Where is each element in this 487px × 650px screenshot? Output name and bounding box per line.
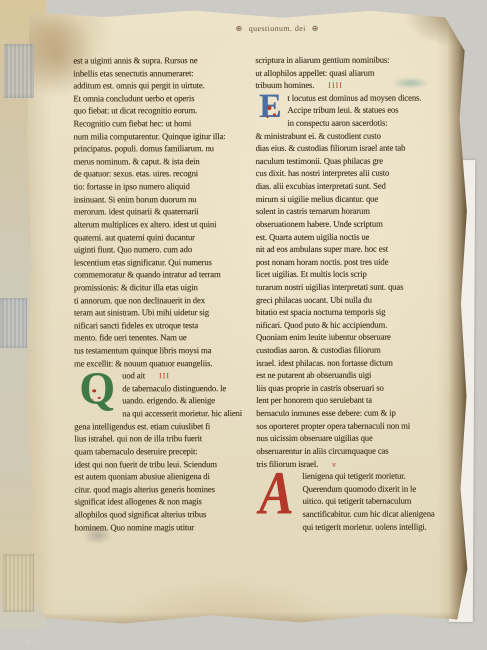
shelfmark-label: M 5: [26, 638, 41, 646]
manuscript-text-line: quo fiebat: ut dicat recognitio eorum.: [73, 104, 251, 117]
manuscript-text-line: bernaculo inmunes esse debere: cum & ip: [256, 407, 442, 420]
manuscript-text-line: lius istrahel. qui non de illa tribu fue…: [74, 432, 252, 445]
title-ornament-left: ⊕: [236, 24, 243, 33]
parchment-leaf: ⊕questionum. dei⊕ est a uiginti annis & …: [25, 7, 469, 625]
initial-q: Q: [74, 365, 120, 411]
manuscript-text-line: Quoniam enim leuite iubentur obseruare: [256, 331, 442, 344]
manuscript-text-line: allophilos quod significat alterius trib…: [75, 508, 253, 521]
manuscript-text-line: est autem quoniam abusiue alienigena di: [74, 470, 252, 483]
manuscript-text-line: est. Quarta autem uigilia noctis ue: [256, 230, 442, 243]
manuscript-text-line: ut allophilos appellet: quasi aliarum: [255, 66, 441, 79]
manuscript-text-line: dias. alii excubias interpretati sunt. S…: [256, 180, 442, 193]
manuscript-text-line: quaterni. aut quaterni quini ducantur: [74, 231, 252, 244]
manuscript-photo: ⊕questionum. dei⊕ est a uiginti annis & …: [0, 0, 487, 650]
manuscript-text-line: hominem. Quo nomine magis utitur: [75, 521, 253, 534]
initial-pen-decoration: [267, 106, 271, 110]
manuscript-text-line: merus nominum. & caput. & ista dein: [74, 155, 252, 168]
manuscript-text-line: dias eius. & custodias filiorum israel a…: [256, 142, 442, 155]
manuscript-text-line: bitatio est spacia nocturna temporis sig: [256, 306, 442, 319]
rubric-numeral: v: [332, 459, 337, 468]
manuscript-text-line: obseruarentur in aliis circumquaque cas: [256, 444, 442, 457]
manuscript-text-line: additum est. omnis qui pergit in uirtute…: [73, 79, 251, 92]
manuscript-text-line: mirum si uigilie melius dicantur. que: [256, 192, 442, 205]
manuscript-text-line: israel. idest philacas. non fortasse dic…: [256, 356, 442, 369]
manuscript-text-line: est a uiginti annis & supra. Rursus ne: [73, 54, 251, 67]
manuscript-text-line: lescentium etas significatur. Qui numeru…: [74, 256, 252, 269]
manuscript-text-line: citur. quod magis alterius generis homin…: [74, 483, 252, 496]
manuscript-text-line: idest qui non fuerit de tribu leui. Scie…: [74, 457, 252, 470]
manuscript-text-line: custodias aaron. & custodias filiorum: [256, 344, 442, 357]
manuscript-text-line: alterum multiplices ex altero. idest ut …: [74, 218, 252, 231]
bottom-edge-shading: [27, 611, 469, 625]
rubric-numeral: IIII: [328, 81, 343, 90]
manuscript-text-line: insinuant. Si enim horum duorum nu: [74, 193, 252, 206]
manuscript-text-line: principatus. populi. domus familiarum. n…: [74, 142, 252, 155]
text-column-left: est a uiginti annis & supra. Rursus nein…: [73, 54, 252, 534]
manuscript-text-line: mento. fide ueri tenentes. Nam ue: [74, 331, 252, 344]
tape: [3, 554, 34, 612]
manuscript-text-line: Et omnia concludunt uerbo et operis: [73, 92, 251, 105]
running-title-text: questionum. dei: [249, 24, 306, 33]
manuscript-text-line: turarum nostri uigilias interpretati sun…: [256, 280, 442, 293]
manuscript-text-line: licet uigilias. Et multis locis scrip: [256, 268, 442, 281]
manuscript-text-line: nit ad eos ambulans super mare. hoc est: [256, 243, 442, 256]
manuscript-text-line: & ministrabunt ei. & custodient custo: [256, 129, 442, 142]
manuscript-text-line: obseruationem habere. Unde scriptum: [256, 217, 442, 230]
manuscript-text-line: significat idest allogenes & non magis: [74, 495, 252, 508]
manuscript-text-line: merorum. idest quinarii & quaternarii: [74, 205, 252, 218]
manuscript-text-line: quam tabernaculo deseruire precepit:: [74, 445, 252, 458]
manuscript-text-line: teram aut sinistram. Ubi mihi uidetur si…: [74, 306, 252, 319]
initial-a: A: [256, 464, 296, 525]
manuscript-text-line: tio: fortasse in ipso numero aliquid: [74, 180, 252, 193]
running-title: ⊕questionum. dei⊕: [25, 23, 467, 33]
manuscript-text-line: nificari sancti fideles ex utroque testa: [74, 319, 252, 332]
manuscript-text-line: ti annorum. que non declinauerit in dex: [74, 294, 252, 307]
title-ornament-right: ⊕: [312, 24, 319, 33]
manuscript-text-line: commemoratur & quando intratur ad terram: [74, 268, 252, 281]
manuscript-text-line: sos oporteret propter opera tabernaculi …: [256, 419, 442, 432]
manuscript-text-line: cus dixit. has nostri interpretes alii c…: [256, 167, 442, 180]
tape: [4, 44, 34, 98]
tape: [0, 298, 27, 348]
manuscript-text-line: inbellis etas senectutis annumeraret:: [73, 67, 251, 80]
manuscript-text-line: greci philacas uocant. Ubi nulla du: [256, 293, 442, 306]
manuscript-text-line: nus uicissim obseruare uigilias que: [256, 432, 442, 445]
manuscript-text-line: liis quas proprie in castris obseruari s…: [256, 381, 442, 394]
manuscript-text-line: Recognitio cum fiebat hec: ut homi: [73, 117, 251, 130]
manuscript-text-line: promissionis: & dicitur illa etas uigin: [74, 281, 252, 294]
manuscript-text-line: uiginti fiunt. Quo numero. cum ado: [74, 243, 252, 256]
manuscript-text-line: est ne putarent ab obseruandis uigi: [256, 369, 442, 382]
manuscript-text-line: tus testamentum quinque libris moysi ma: [74, 344, 252, 357]
manuscript-text-line: naculum testimonii. Quas philacas gre: [256, 154, 442, 167]
rubric-numeral: III: [159, 371, 170, 380]
manuscript-text-line: lent per honorem quo seruiebant ta: [256, 394, 442, 407]
manuscript-text-line: solent in castris ternarum horarum: [256, 205, 442, 218]
manuscript-text-line: de quatuor: sexus. etas. uires. recogni: [74, 167, 252, 180]
manuscript-text-line: post nonam horam noctis. post tres uide: [256, 255, 442, 268]
text-column-right: scriptura in aliarum gentium nominibus:u…: [255, 53, 442, 533]
manuscript-text-line: scriptura in aliarum gentium nominibus:: [255, 53, 441, 66]
manuscript-text-line: nificari. Quod puto & hic accipiendum.: [256, 318, 442, 331]
manuscript-text-line: num milia computarentur. Quinque igitur …: [74, 130, 252, 143]
manuscript-text-line: gena intelligendus est. etiam cuiuslibet…: [74, 420, 252, 433]
